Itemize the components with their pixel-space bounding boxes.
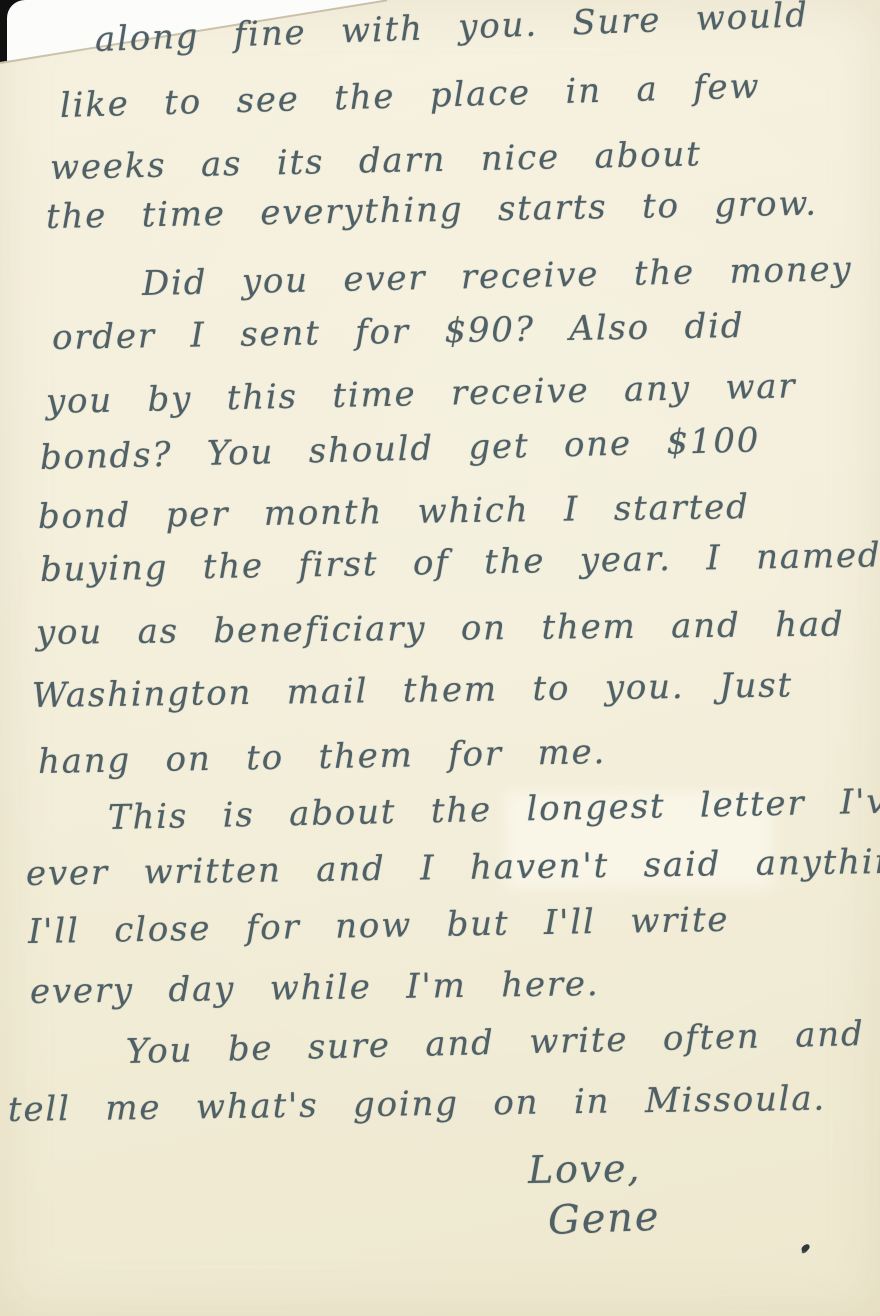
letter-line: weeks as its darn nice about: [50, 134, 702, 188]
letter-line: Gene: [547, 1194, 661, 1244]
letter-line: buying the first of the year. I named: [40, 535, 880, 590]
letter-line: the time everything starts to grow.: [46, 184, 818, 237]
letter-scan: along fine with you. Sure wouldlike to s…: [0, 0, 880, 1316]
letter-line: Washington mail them to you. Just: [32, 665, 793, 716]
letter-line: I'll close for now but I'll write: [28, 900, 730, 952]
handwritten-text: along fine with you. Sure wouldlike to s…: [0, 0, 880, 1316]
letter-line: Love,: [528, 1146, 642, 1192]
letter-line: tell me what's going on in Missoula.: [8, 1079, 827, 1130]
letter-line: along fine with you. Sure would: [94, 0, 809, 60]
letter-line: you by this time receive any war: [46, 366, 797, 422]
letter-line: you as beneficiary on them and had: [36, 605, 845, 653]
letter-line: Did you ever receive the money: [142, 249, 853, 304]
letter-line: order I sent for $90? Also did: [52, 306, 745, 358]
letter-line: ever written and I haven't said anything…: [26, 841, 880, 894]
letter-line: You be sure and write often and: [126, 1014, 865, 1072]
letter-line: bonds? You should get one $100: [40, 420, 761, 478]
letter-line: every day while I'm here.: [30, 964, 600, 1012]
letter-line: bond per month which I started: [38, 487, 750, 537]
letter-line: hang on to them for me.: [38, 732, 607, 782]
letter-line: This is about the longest letter I've: [108, 781, 880, 838]
letter-line: like to see the place in a few: [59, 66, 760, 126]
